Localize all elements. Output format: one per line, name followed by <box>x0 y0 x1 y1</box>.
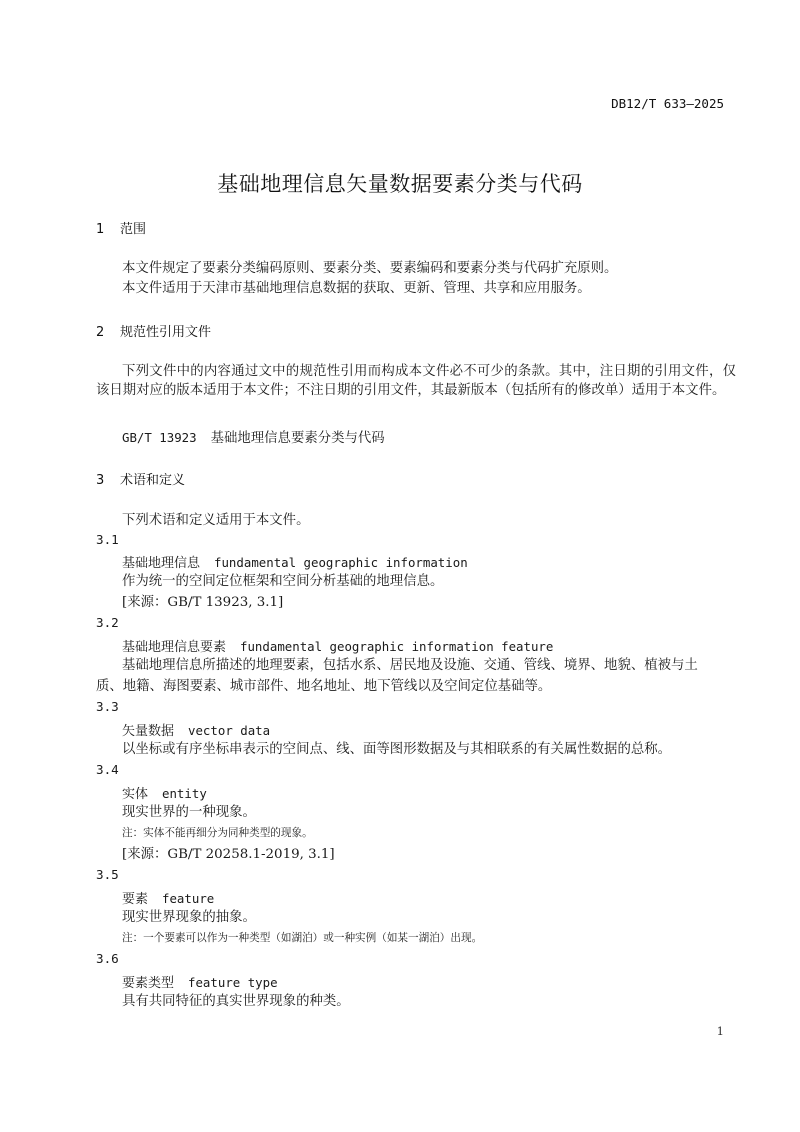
term-source: [来源：GB/T 20258.1-2019, 3.1] <box>122 845 335 864</box>
term-name: 要素类型feature type <box>122 972 278 991</box>
term-zh: 矢量数据 <box>122 724 174 739</box>
reference-item: GB/T 13923基础地理信息要素分类与代码 <box>122 428 385 448</box>
term-en: entity <box>162 786 207 801</box>
term-definition-line-2: 质、地籍、海图要素、城市部件、地名地址、地下管线以及空间定位基础等。 <box>96 677 551 696</box>
term-source: [来源：GB/T 13923, 3.1] <box>122 593 283 612</box>
section-heading-scope: 1范围 <box>96 218 146 237</box>
term-name: 实体entity <box>122 783 207 802</box>
term-zh: 要素类型 <box>122 976 174 991</box>
term-name: 要素feature <box>122 888 214 907</box>
terms-intro: 下列术语和定义适用于本文件。 <box>122 511 309 530</box>
term-en: feature <box>162 891 214 906</box>
term-en: fundamental geographic information featu… <box>240 639 553 654</box>
scope-paragraph-2: 本文件适用于天津市基础地理信息数据的获取、更新、管理、共享和应用服务。 <box>122 279 591 298</box>
section-title: 规范性引用文件 <box>120 325 211 340</box>
term-en: feature type <box>188 975 278 990</box>
term-number: 3.3 <box>96 699 119 714</box>
term-zh: 基础地理信息要素 <box>122 640 226 655</box>
term-zh: 要素 <box>122 892 148 907</box>
term-zh: 基础地理信息 <box>122 556 200 571</box>
term-note: 注：实体不能再细分为同种类型的现象。 <box>122 825 313 840</box>
section-title: 范围 <box>120 222 146 237</box>
term-number: 3.2 <box>96 615 119 630</box>
section-number: 2 <box>96 325 120 340</box>
term-definition: 现实世界的一种现象。 <box>122 803 256 822</box>
document-code: DB12/T 633—2025 <box>611 96 724 111</box>
term-en: vector data <box>188 723 270 738</box>
term-definition: 具有共同特征的真实世界现象的种类。 <box>122 992 350 1011</box>
section-number: 1 <box>96 222 120 237</box>
term-name: 矢量数据vector data <box>122 720 270 739</box>
term-definition: 现实世界现象的抽象。 <box>122 908 256 927</box>
term-number: 3.6 <box>96 951 119 966</box>
document-title: 基础地理信息矢量数据要素分类与代码 <box>0 168 800 198</box>
reference-title: 基础地理信息要素分类与代码 <box>211 431 385 446</box>
term-zh: 实体 <box>122 787 148 802</box>
document-page: DB12/T 633—2025 基础地理信息矢量数据要素分类与代码 1范围 本文… <box>0 0 800 1132</box>
term-name: 基础地理信息fundamental geographic information <box>122 552 468 571</box>
term-note: 注：一个要素可以作为一种类型（如湖泊）或一种实例（如某一湖泊）出现。 <box>122 930 482 945</box>
term-number: 3.5 <box>96 867 119 882</box>
term-name: 基础地理信息要素fundamental geographic informati… <box>122 636 553 655</box>
section-heading-terms: 3术语和定义 <box>96 469 185 488</box>
term-number: 3.4 <box>96 762 119 777</box>
references-paragraph: 下列文件中的内容通过文中的规范性引用而构成本文件必不可少的条款。其中，注日期的引… <box>96 362 736 400</box>
scope-paragraph-1: 本文件规定了要素分类编码原则、要素分类、要素编码和要素分类与代码扩充原则。 <box>122 259 617 278</box>
section-title: 术语和定义 <box>120 473 185 488</box>
section-heading-normative-references: 2规范性引用文件 <box>96 321 211 340</box>
term-en: fundamental geographic information <box>214 555 468 570</box>
term-definition-line-1: 基础地理信息所描述的地理要素，包括水系、居民地及设施、交通、管线、境界、地貌、植… <box>122 656 698 675</box>
section-number: 3 <box>96 473 120 488</box>
term-number: 3.1 <box>96 532 119 547</box>
term-definition: 以坐标或有序坐标串表示的空间点、线、面等图形数据及与其相联系的有关属性数据的总称… <box>122 740 671 759</box>
reference-code: GB/T 13923 <box>122 430 197 445</box>
page-number: 1 <box>717 1024 724 1038</box>
term-definition: 作为统一的空间定位框架和空间分析基础的地理信息。 <box>122 572 443 591</box>
